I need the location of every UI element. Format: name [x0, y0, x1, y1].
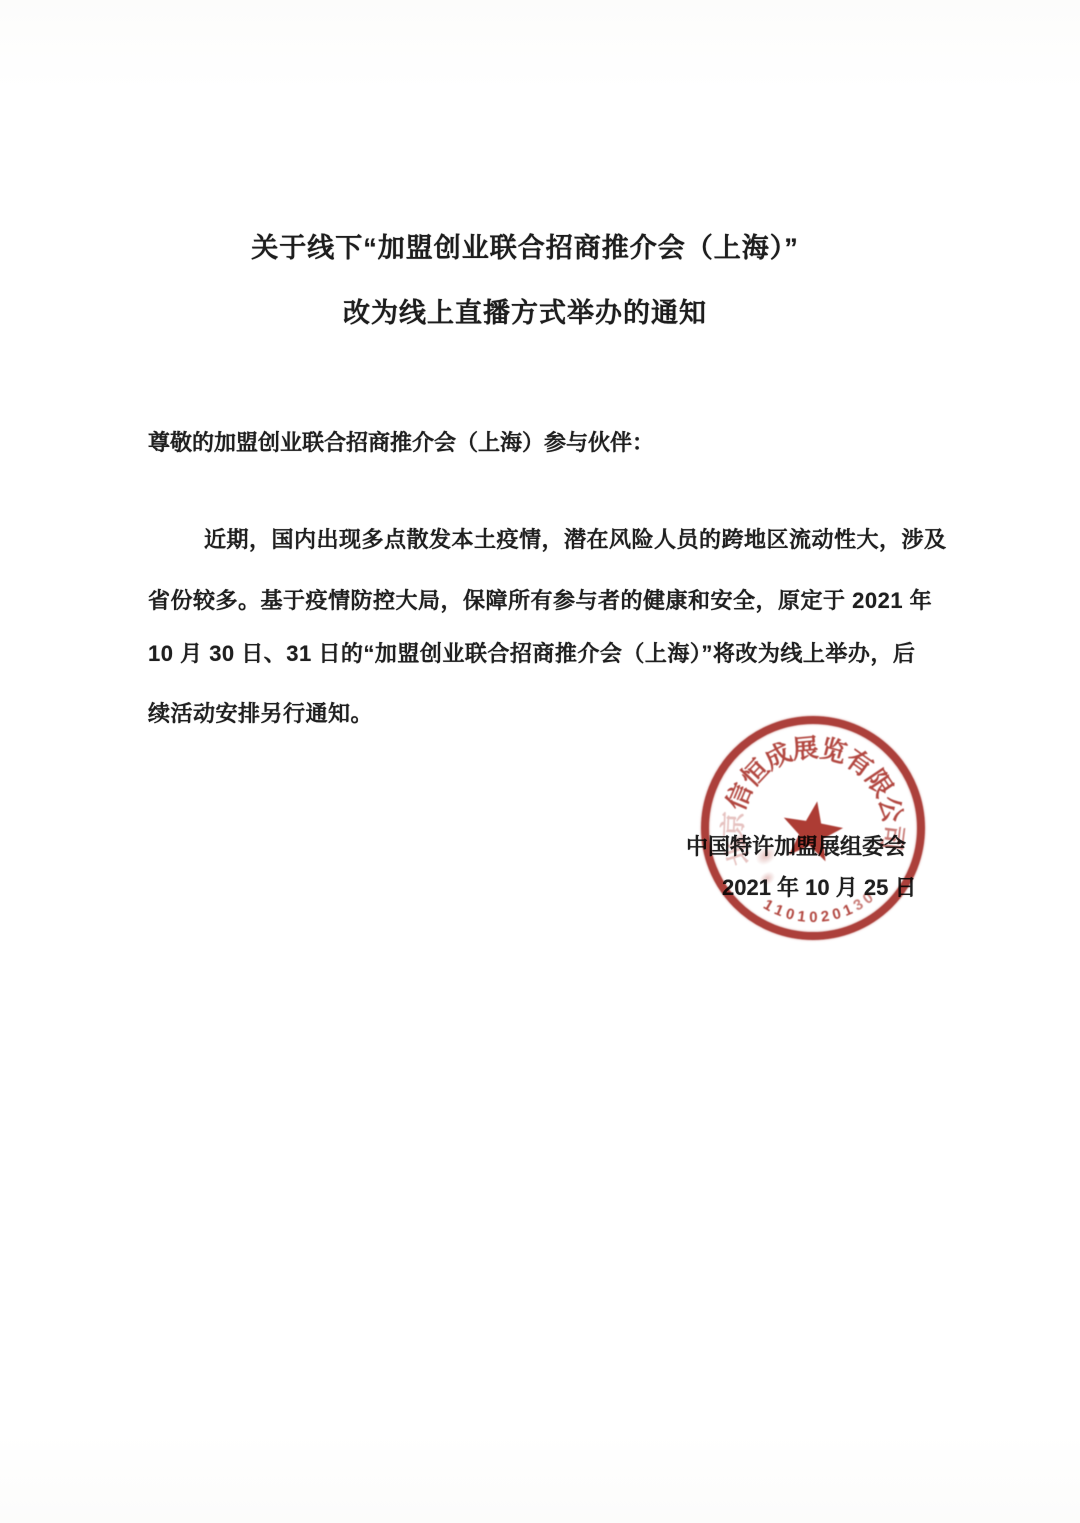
- signature-date: 2021 年 10 月 25 日: [722, 871, 916, 902]
- salutation: 尊敬的加盟创业联合招商推介会（上海）参与伙伴：: [148, 426, 654, 457]
- scanned-notice-page: 关于线下“加盟创业联合招商推介会（上海）” 改为线上直播方式举办的通知 尊敬的加…: [0, 0, 1080, 1523]
- seal-ring: [701, 716, 925, 940]
- signature-org: 中国特许加盟展组委会: [686, 830, 906, 861]
- body-line: 省份较多。基于疫情防控大局，保障所有参与者的健康和安全，原定于 2021 年: [148, 584, 932, 615]
- company-seal: 北京信恒成展览有限公司 1101020130: [701, 716, 925, 940]
- body-line: 10 月 30 日、31 日的“加盟创业联合招商推介会（上海）”将改为线上举办，…: [148, 637, 915, 668]
- title-line-1: 关于线下“加盟创业联合招商推介会（上海）”: [0, 226, 1065, 265]
- title-line-2: 改为线上直播方式举办的通知: [0, 291, 1065, 330]
- body-line: 近期，国内出现多点散发本土疫情，潜在风险人员的跨地区流动性大，涉及: [204, 523, 947, 554]
- body-line: 续活动安排另行通知。: [148, 697, 373, 728]
